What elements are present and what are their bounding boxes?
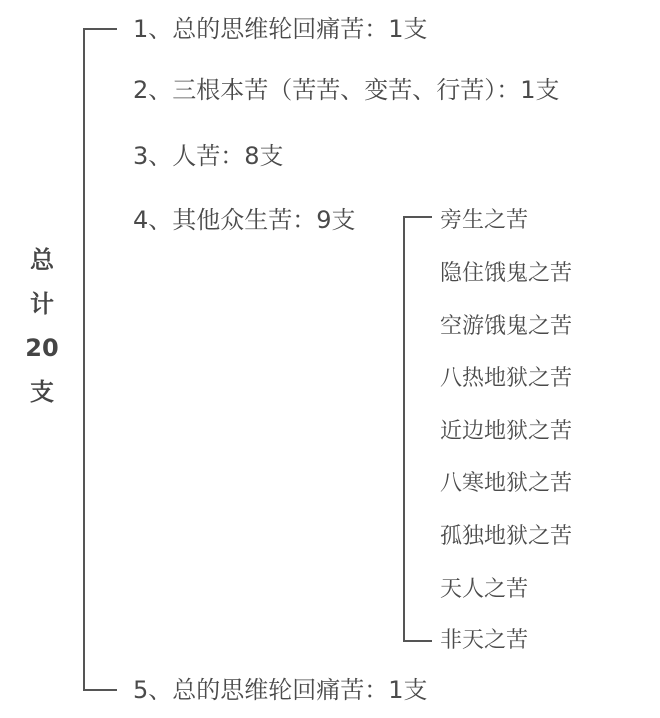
sub-bracket-top-arm xyxy=(403,216,432,218)
sub-item-8: 天人之苦 xyxy=(440,576,528,604)
main-bracket-vertical xyxy=(83,28,85,691)
sub-item-6: 八寒地狱之苦 xyxy=(440,470,572,498)
item-5: 5、总的思维轮回痛苦：1支 xyxy=(133,675,428,705)
total-unit: 支 xyxy=(22,370,62,414)
sub-item-2: 隐住饿鬼之苦 xyxy=(440,260,572,288)
sub-item-4: 八热地狱之苦 xyxy=(440,365,572,393)
item-4: 4、其他众生苦：9支 xyxy=(133,205,356,235)
total-char-1: 总 xyxy=(22,238,62,282)
sub-item-7: 孤独地狱之苦 xyxy=(440,523,572,551)
total-label: 总 计 20 支 xyxy=(22,238,62,414)
sub-item-1: 旁生之苦 xyxy=(440,207,528,235)
item-2: 2、三根本苦（苦苦、变苦、行苦）：1支 xyxy=(133,75,560,105)
item-3: 3、人苦：8支 xyxy=(133,141,284,171)
sub-item-5: 近边地狱之苦 xyxy=(440,418,572,446)
item-1: 1、总的思维轮回痛苦：1支 xyxy=(133,14,428,44)
main-bracket-top-arm xyxy=(83,28,117,30)
sub-item-3: 空游饿鬼之苦 xyxy=(440,313,572,341)
sub-item-9: 非天之苦 xyxy=(440,627,528,655)
sub-bracket-bottom-arm xyxy=(403,640,432,642)
total-char-2: 计 xyxy=(22,282,62,326)
main-bracket-bottom-arm xyxy=(83,689,117,691)
sub-bracket-vertical xyxy=(403,216,405,642)
total-count: 20 xyxy=(22,326,62,370)
